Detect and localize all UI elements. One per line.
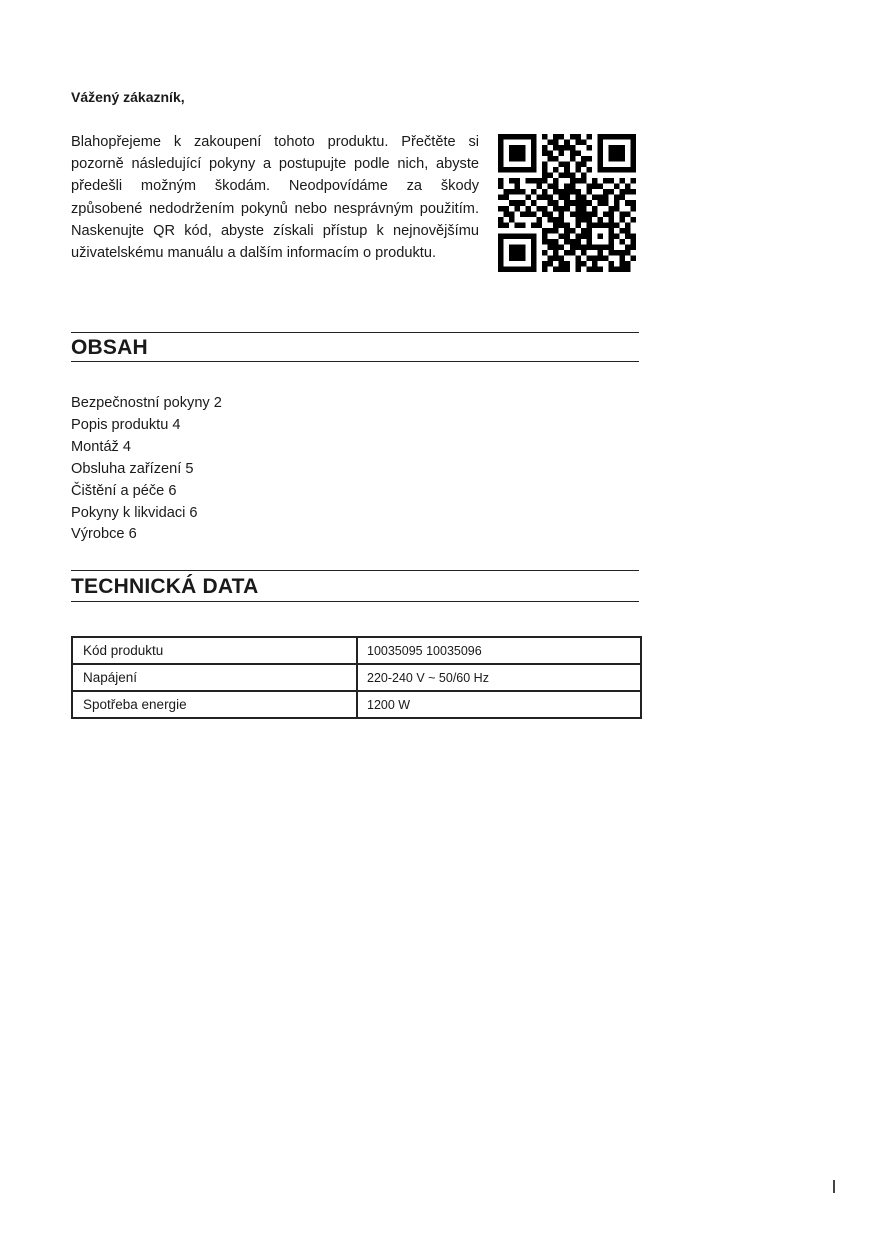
section-title-contents: OBSAH bbox=[71, 336, 148, 360]
spec-value: 1200 W bbox=[357, 691, 641, 718]
technical-data-table: Kód produktu 10035095 10035096 Napájení … bbox=[71, 636, 642, 719]
spec-label: Kód produktu bbox=[72, 637, 357, 664]
table-row: Kód produktu 10035095 10035096 bbox=[72, 637, 641, 664]
spec-label: Napájení bbox=[72, 664, 357, 691]
toc-item[interactable]: Montáž 4 bbox=[71, 437, 222, 459]
spec-label: Spotřeba energie bbox=[72, 691, 357, 718]
toc-item[interactable]: Pokyny k likvidaci 6 bbox=[71, 503, 222, 525]
greeting: Vážený zákazník, bbox=[71, 89, 185, 105]
section-rule-top bbox=[71, 570, 639, 571]
section-title-technical-data: TECHNICKÁ DATA bbox=[71, 575, 259, 599]
spec-value: 10035095 10035096 bbox=[357, 637, 641, 664]
section-rule-bottom bbox=[71, 361, 639, 362]
qr-code-icon bbox=[498, 134, 636, 272]
intro-paragraph: Blahopřejeme k zakoupení tohoto produktu… bbox=[71, 131, 479, 264]
table-row: Napájení 220-240 V ~ 50/60 Hz bbox=[72, 664, 641, 691]
spec-value: 220-240 V ~ 50/60 Hz bbox=[357, 664, 641, 691]
page-number-marker bbox=[833, 1180, 835, 1193]
section-rule-bottom bbox=[71, 601, 639, 602]
table-of-contents: Bezpečnostní pokyny 2 Popis produktu 4 M… bbox=[71, 393, 222, 546]
toc-item[interactable]: Výrobce 6 bbox=[71, 524, 222, 546]
table-row: Spotřeba energie 1200 W bbox=[72, 691, 641, 718]
toc-item[interactable]: Bezpečnostní pokyny 2 bbox=[71, 393, 222, 415]
toc-item[interactable]: Popis produktu 4 bbox=[71, 415, 222, 437]
section-rule-top bbox=[71, 332, 639, 333]
toc-item[interactable]: Čištění a péče 6 bbox=[71, 481, 222, 503]
toc-item[interactable]: Obsluha zařízení 5 bbox=[71, 459, 222, 481]
